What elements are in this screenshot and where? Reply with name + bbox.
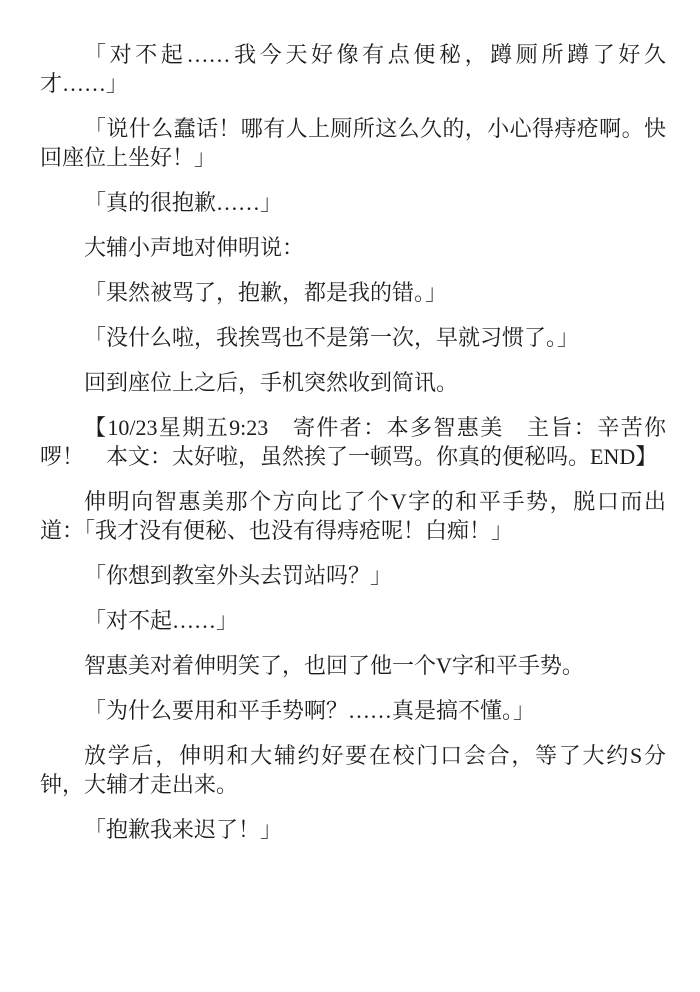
paragraph: 「为什么要用和平手势啊？……真是搞不懂。」 xyxy=(40,696,666,725)
paragraph: 「果然被骂了，抱歉，都是我的错。」 xyxy=(40,278,666,307)
paragraph: 伸明向智惠美那个方向比了个V字的和平手势，脱口而出道：「我才没有便秘、也没有得痔… xyxy=(40,487,666,545)
novel-text-block: 「对不起……我今天好像有点便秘，蹲厕所蹲了好久才……」 「说什么蠢话！哪有人上厕… xyxy=(0,0,700,844)
paragraph: 「真的很抱歉……」 xyxy=(40,188,666,217)
paragraph: 「说什么蠢话！哪有人上厕所这么久的，小心得痔疮啊。快回座位上坐好！」 xyxy=(40,114,666,172)
paragraph: 「抱歉我来迟了！」 xyxy=(40,815,666,844)
paragraph: 「没什么啦，我挨骂也不是第一次，早就习惯了。」 xyxy=(40,323,666,352)
paragraph: 放学后，伸明和大辅约好要在校门口会合，等了大约S分钟，大辅才走出来。 xyxy=(40,741,666,799)
paragraph: 大辅小声地对伸明说： xyxy=(40,233,666,262)
paragraph: 「对不起……」 xyxy=(40,606,666,635)
paragraph: 回到座位上之后，手机突然收到简讯。 xyxy=(40,368,666,397)
paragraph: 「你想到教室外头去罚站吗？」 xyxy=(40,561,666,590)
paragraph: 智惠美对着伸明笑了，也回了他一个V字和平手势。 xyxy=(40,651,666,680)
ebook-page: 「对不起……我今天好像有点便秘，蹲厕所蹲了好久才……」 「说什么蠢话！哪有人上厕… xyxy=(0,0,700,992)
paragraph: 「对不起……我今天好像有点便秘，蹲厕所蹲了好久才……」 xyxy=(40,40,666,98)
paragraph-sms-message: 【10/23星期五9:23 寄件者：本多智惠美 主旨：辛苦你啰！ 本文：太好啦，… xyxy=(40,413,666,471)
